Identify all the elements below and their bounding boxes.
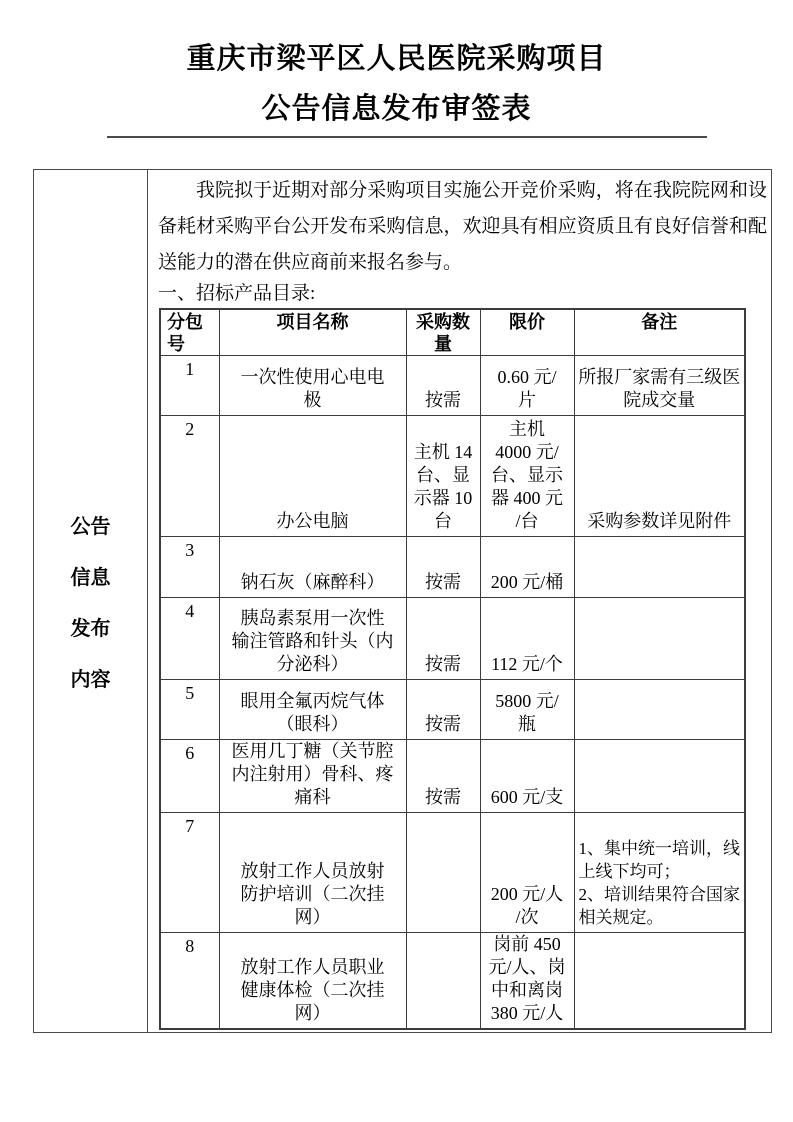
column-header-price-limit: 限价	[480, 309, 574, 356]
cell-item-name: 办公电脑	[219, 416, 406, 537]
cell-package-no: 7	[160, 813, 219, 933]
table-row: 2办公电脑主机 14 台、显 示器 10 台主机 4000 元/ 台、显示 器 …	[160, 416, 745, 537]
cell-package-no: 2	[160, 416, 219, 537]
cell-package-no: 3	[160, 537, 219, 598]
cell-item-name: 一次性使用心电电 极	[219, 356, 406, 416]
product-table-body: 1一次性使用心电电 极按需0.60 元/ 片所报厂家需有三级医 院成交量2办公电…	[160, 356, 745, 1030]
cell-package-no: 1	[160, 356, 219, 416]
row-label-line: 公告	[71, 510, 111, 539]
form-content-cell: 我院拟于近期对部分采购项目实施公开竞价采购，将在我院院网和设备耗材采购平台公开发…	[148, 170, 771, 1032]
table-row: 7放射工作人员放射 防护培训（二次挂 网）200 元/人 /次1、集中统一培训，…	[160, 813, 745, 933]
cell-item-name: 胰岛素泵用一次性 输注管路和针头（内 分泌科）	[219, 598, 406, 680]
cell-quantity: 按需	[406, 740, 480, 813]
column-header-remark: 备注	[574, 309, 745, 356]
title-underline-divider	[107, 136, 707, 138]
cell-quantity: 按需	[406, 598, 480, 680]
row-label-line: 信息	[71, 561, 111, 590]
cell-quantity: 按需	[406, 356, 480, 416]
cell-remark	[574, 537, 745, 598]
cell-price-limit: 主机 4000 元/ 台、显示 器 400 元 /台	[480, 416, 574, 537]
intro-paragraph: 我院拟于近期对部分采购项目实施公开竞价采购，将在我院院网和设备耗材采购平台公开发…	[158, 173, 769, 281]
cell-remark	[574, 598, 745, 680]
row-label-line: 内容	[71, 663, 111, 692]
cell-price-limit: 200 元/人 /次	[480, 813, 574, 933]
cell-quantity	[406, 933, 480, 1030]
cell-remark: 采购参数详见附件	[574, 416, 745, 537]
cell-package-no: 5	[160, 680, 219, 740]
catalog-heading: 一、招标产品目录:	[158, 282, 769, 306]
cell-price-limit: 0.60 元/ 片	[480, 356, 574, 416]
cell-package-no: 6	[160, 740, 219, 813]
cell-remark: 所报厂家需有三级医 院成交量	[574, 356, 745, 416]
document-page: 重庆市梁平区人民医院采购项目 公告信息发布审签表 公告 信息 发布 内容 我院拟…	[0, 0, 793, 1122]
cell-package-no: 8	[160, 933, 219, 1030]
cell-price-limit: 岗前 450 元/人、岗 中和离岗 380 元/人	[480, 933, 574, 1030]
table-header-row: 分包 号 项目名称 采购数 量 限价 备注	[160, 309, 745, 356]
cell-remark	[574, 680, 745, 740]
cell-item-name: 放射工作人员职业 健康体检（二次挂 网）	[219, 933, 406, 1030]
cell-item-name: 放射工作人员放射 防护培训（二次挂 网）	[219, 813, 406, 933]
cell-price-limit: 5800 元/ 瓶	[480, 680, 574, 740]
cell-item-name: 钠石灰（麻醉科）	[219, 537, 406, 598]
row-label-line: 发布	[71, 612, 111, 641]
table-row: 3钠石灰（麻醉科）按需200 元/桶	[160, 537, 745, 598]
cell-item-name: 眼用全氟丙烷气体 （眼科）	[219, 680, 406, 740]
document-subtitle: 公告信息发布审签表	[0, 86, 793, 127]
form-row-label: 公告 信息 发布 内容	[34, 170, 148, 1032]
cell-price-limit: 112 元/个	[480, 598, 574, 680]
cell-price-limit: 200 元/桶	[480, 537, 574, 598]
cell-quantity: 主机 14 台、显 示器 10 台	[406, 416, 480, 537]
approval-form-table: 公告 信息 发布 内容 我院拟于近期对部分采购项目实施公开竞价采购，将在我院院网…	[33, 169, 772, 1033]
document-title: 重庆市梁平区人民医院采购项目	[0, 36, 793, 77]
table-row: 1一次性使用心电电 极按需0.60 元/ 片所报厂家需有三级医 院成交量	[160, 356, 745, 416]
table-row: 8放射工作人员职业 健康体检（二次挂 网）岗前 450 元/人、岗 中和离岗 3…	[160, 933, 745, 1030]
cell-package-no: 4	[160, 598, 219, 680]
cell-quantity: 按需	[406, 680, 480, 740]
column-header-package-no: 分包 号	[160, 309, 219, 356]
table-row: 5眼用全氟丙烷气体 （眼科）按需5800 元/ 瓶	[160, 680, 745, 740]
table-row: 6医用几丁糖（关节腔 内注射用）骨科、疼 痛科按需600 元/支	[160, 740, 745, 813]
cell-item-name: 医用几丁糖（关节腔 内注射用）骨科、疼 痛科	[219, 740, 406, 813]
cell-remark	[574, 740, 745, 813]
cell-remark	[574, 933, 745, 1030]
product-catalog-table: 分包 号 项目名称 采购数 量 限价 备注 1一次性使用心电电 极按需0.60 …	[159, 308, 746, 1030]
cell-quantity	[406, 813, 480, 933]
column-header-quantity: 采购数 量	[406, 309, 480, 356]
cell-price-limit: 600 元/支	[480, 740, 574, 813]
cell-quantity: 按需	[406, 537, 480, 598]
table-row: 4胰岛素泵用一次性 输注管路和针头（内 分泌科）按需112 元/个	[160, 598, 745, 680]
column-header-item-name: 项目名称	[219, 309, 406, 356]
cell-remark: 1、集中统一培训，线 上线下均可； 2、培训结果符合国家 相关规定。	[574, 813, 745, 933]
